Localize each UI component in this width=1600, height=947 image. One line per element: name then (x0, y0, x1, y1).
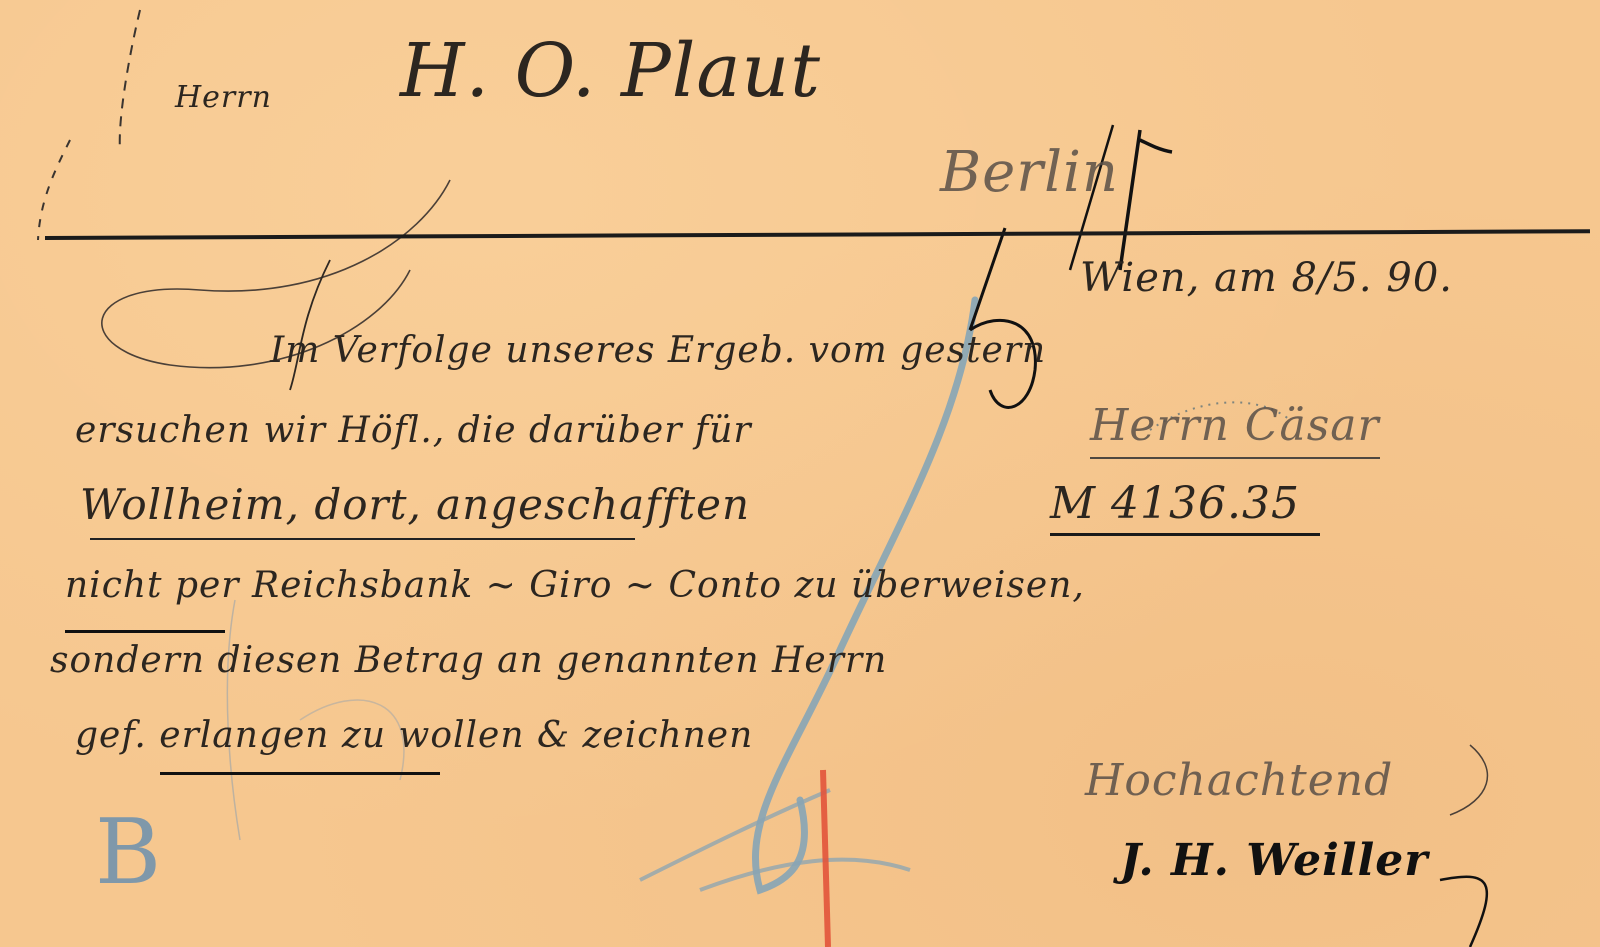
body-line-1: Im Verfolge unseres Ergeb. vom gestern (270, 330, 1046, 371)
salutation: Herrn (175, 80, 272, 115)
underline-nicht (65, 630, 225, 633)
body-line-2: ersuchen wir Höfl., die darüber für (75, 410, 752, 451)
amount: M 4136.35 (1050, 478, 1320, 536)
recipient-name: H. O. Plaut (400, 28, 821, 114)
postcard: Herrn H. O. Plaut Berlin 9/5 Wien, am 8/… (0, 0, 1600, 947)
body-line-3: Wollheim, dort, angeschafften (80, 480, 750, 529)
underline-erlangen (160, 772, 440, 775)
signature: J. H. Weiller (1120, 835, 1428, 886)
pencil-letter-b: B (95, 800, 162, 905)
underline-wollheim (90, 538, 635, 540)
body-line-5: sondern diesen Betrag an genannten Herrn (50, 640, 887, 681)
place-date: Wien, am 8/5. 90. (1080, 255, 1453, 301)
body-line-6: gef. erlangen zu wollen & zeichnen (75, 715, 753, 756)
recipient-city: Berlin (940, 140, 1119, 205)
payee-name: Herrn Cäsar (1090, 400, 1380, 459)
valediction: Hochachtend (1085, 755, 1393, 806)
body-line-4: nicht per Reichsbank ~ Giro ~ Conto zu ü… (65, 565, 1085, 606)
